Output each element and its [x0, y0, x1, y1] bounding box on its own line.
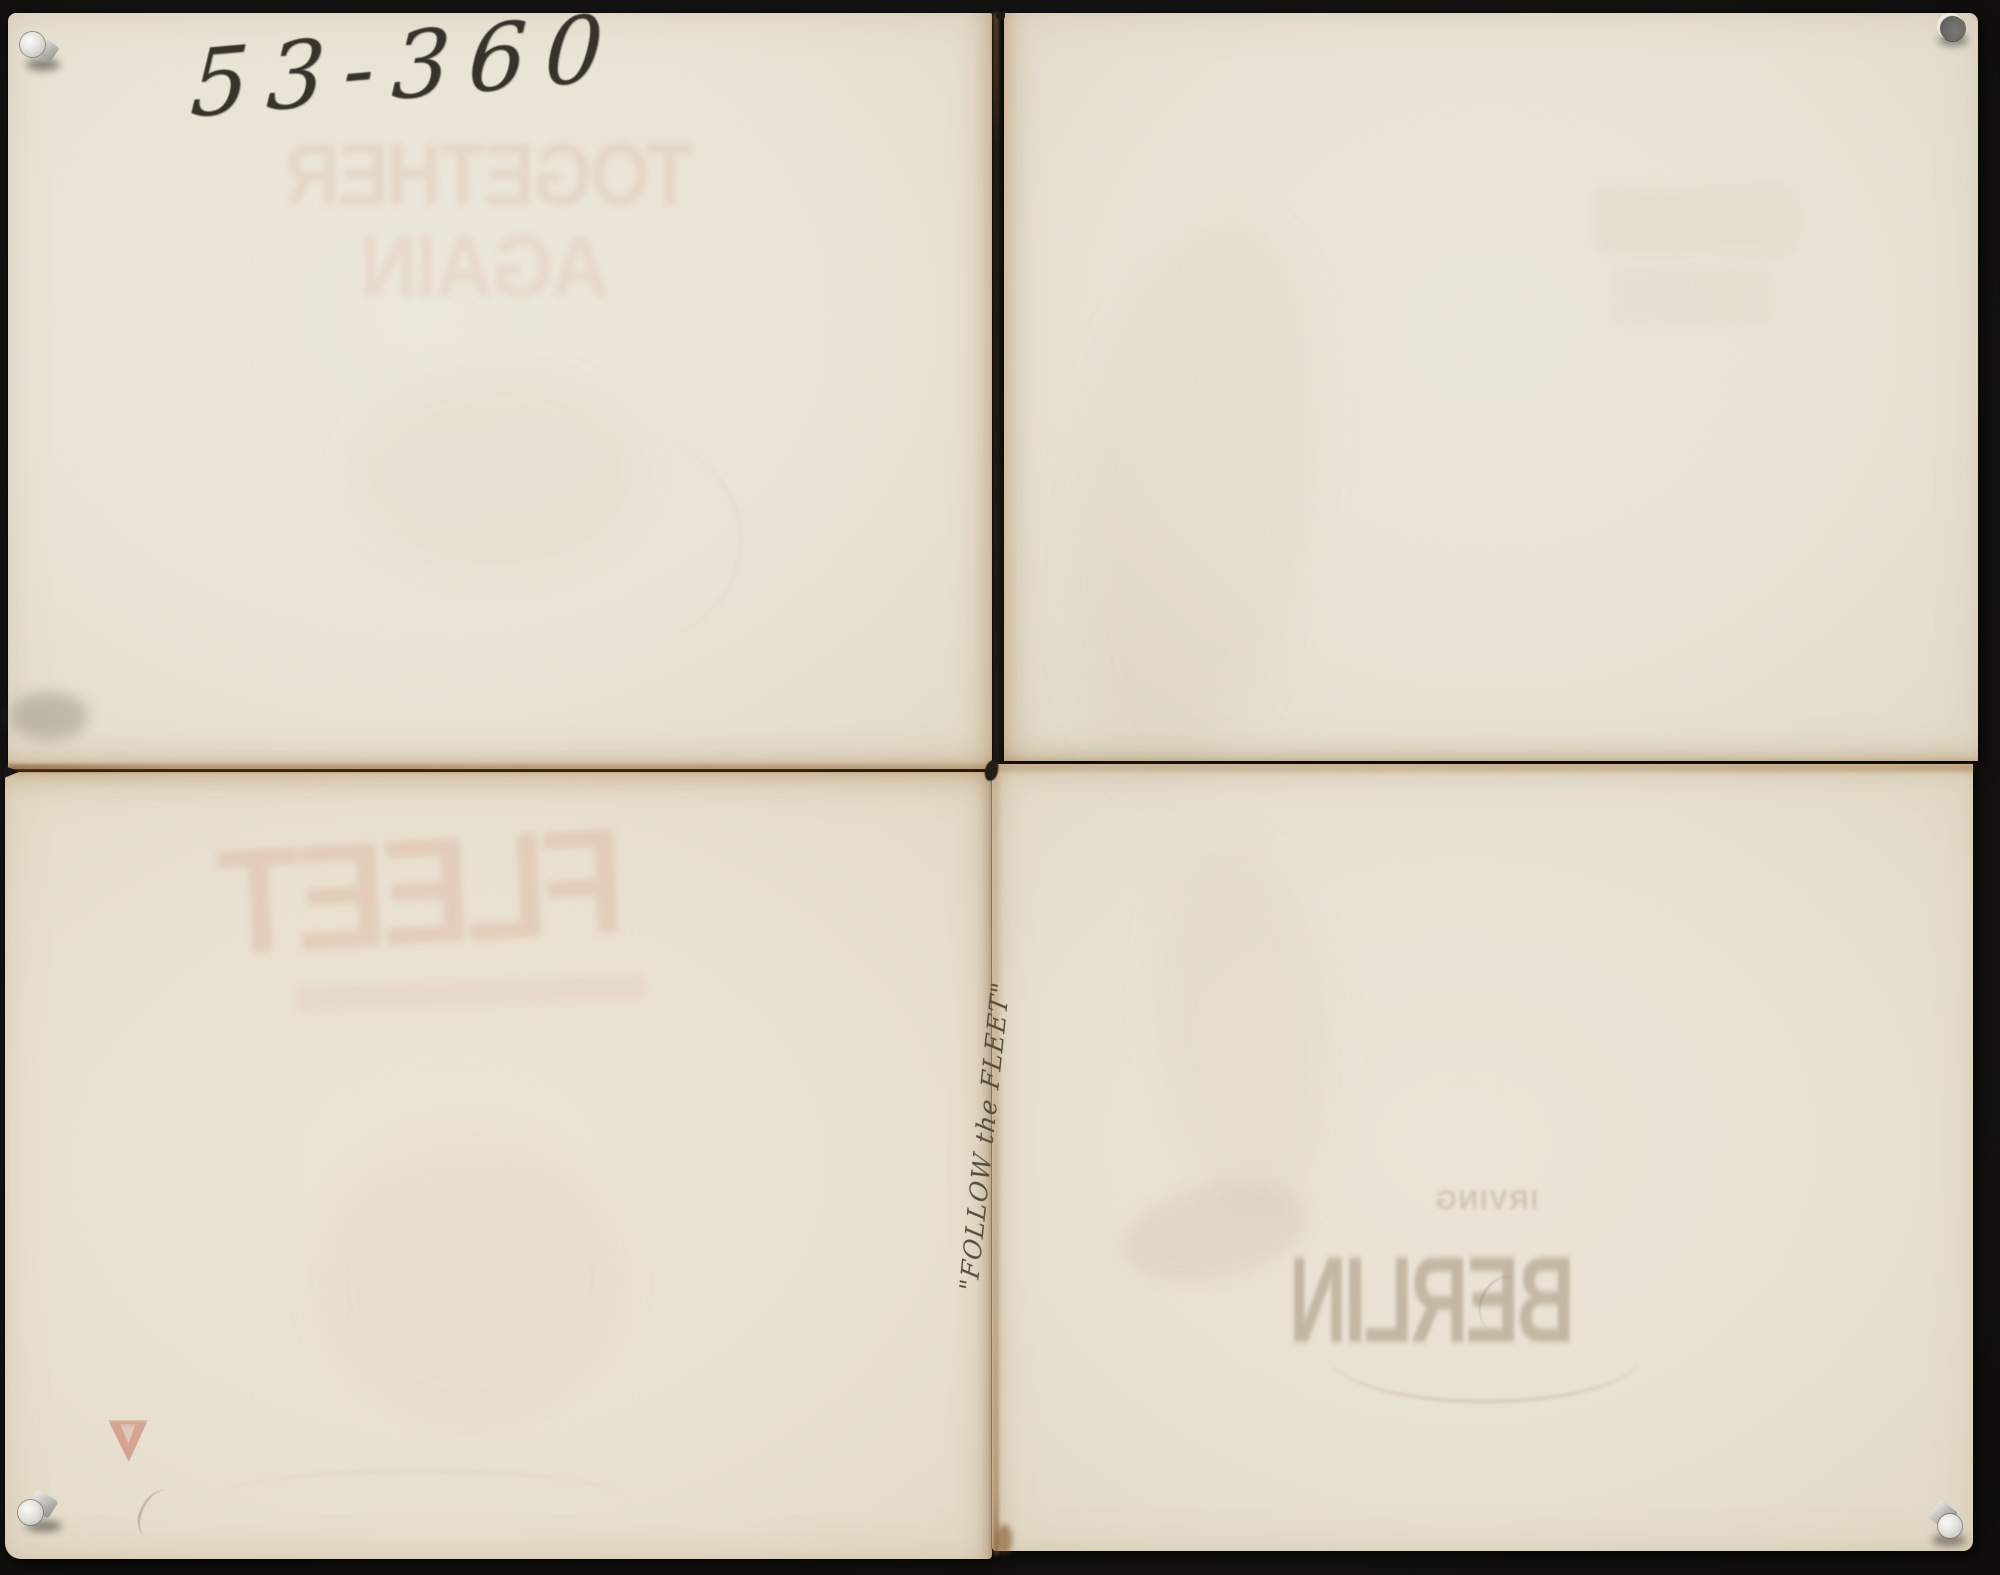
pushpin-head	[20, 32, 45, 57]
poster-quadrant-top-right	[1004, 13, 1978, 761]
poster-quadrant-bottom-right	[992, 764, 1973, 1551]
pushpin-head	[18, 1500, 43, 1525]
poster-quadrant-top-left	[8, 13, 992, 769]
poster-quadrant-bottom-left	[5, 772, 992, 1559]
pushpin-bottom-left-icon	[18, 1498, 68, 1543]
photo-folded-poster-verso: TOGETHER AGAIN FLEET IRVING BERLIN 53-36…	[0, 0, 2000, 1575]
pushpin-top-right-icon	[1938, 16, 1978, 56]
pushpin-head	[1940, 16, 1965, 41]
paper-wrinkle	[480, 430, 742, 650]
pushpin-head	[1938, 1514, 1962, 1538]
pushpin-bottom-right-icon	[1930, 1508, 1980, 1553]
pushpin-top-left-icon	[20, 32, 70, 77]
paper-wrinkle	[210, 1470, 630, 1532]
